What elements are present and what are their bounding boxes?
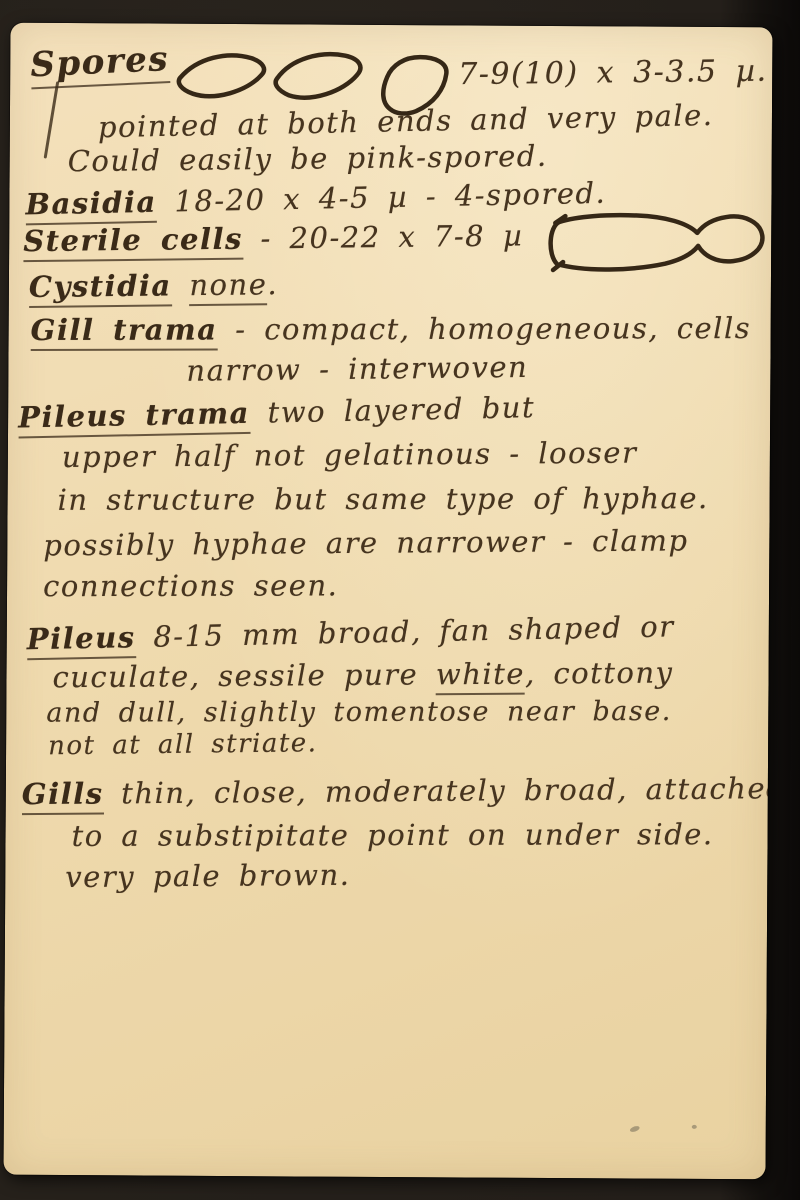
gills-heading-text: Gills [22, 776, 104, 815]
pileus-line: not at all striate. [48, 730, 318, 759]
spores-measurement: 7-9(10) x 3-3.5 µ. [458, 57, 768, 91]
pen-flourish [44, 81, 60, 158]
basidia-heading-text: Basidia [25, 185, 157, 226]
fusiform-spore-sketch-icon [175, 48, 270, 104]
pileus-trama-line: possibly hyphae are narrower - clamp [43, 526, 688, 560]
spores-note-line: Could easily be pink-spored. [68, 142, 548, 176]
pileus-trama-line: Pileus trama two layered but [18, 393, 535, 432]
spores-note-line: pointed at both ends and very pale. [98, 101, 714, 142]
gills-line: Gills thin, close, moderately broad, att… [22, 774, 773, 809]
gills-line: to a substipitate point on under side. [72, 820, 714, 851]
section-heading-spores: Spores [30, 42, 170, 82]
gill-trama-line: Gill trama - compact, homogeneous, cells [31, 314, 752, 345]
pileus-trama-heading-text: Pileus trama [18, 396, 250, 439]
pileus-line: Pileus 8-15 mm broad, fan shaped or [27, 612, 675, 654]
pileus-text: 8-15 mm broad, fan shaped or [153, 609, 675, 653]
photo-background: Spores 7-9(10) x 3-3.5 µ. pointed at bot… [0, 0, 800, 1200]
fusiform-spore-sketch-icon [273, 46, 365, 105]
cystidia-value: none [189, 267, 267, 306]
pencil-smudge [629, 1125, 640, 1133]
gills-text: thin, close, moderately broad, attached [121, 771, 772, 810]
pileus-text: , cottony [525, 655, 674, 690]
pileus-trama-line: connections seen. [43, 571, 338, 601]
basidia-line: Basidia 18-20 x 4-5 µ - 4-spored. [25, 179, 606, 220]
cystidia-heading-text: Cystidia [29, 268, 172, 308]
gill-trama-heading-text: Gill trama [31, 312, 218, 350]
pileus-text: cuculate, sessile pure [52, 657, 418, 694]
cystidia-period: . [267, 267, 278, 301]
gill-trama-line: narrow - interwoven [186, 353, 528, 386]
sterile-cell-sketch-icon [537, 210, 771, 281]
pileus-line: and dull, slightly tomentose near base. [46, 698, 672, 727]
pileus-trama-text: two layered but [267, 390, 535, 429]
pileus-line: cuculate, sessile pure white, cottony [52, 658, 673, 692]
sterile-cells-heading-text: Sterile cells [23, 222, 243, 262]
gills-line: very pale brown. [65, 861, 350, 892]
pencil-smudge [692, 1125, 697, 1129]
pileus-heading-text: Pileus [27, 620, 136, 660]
spores-heading-text: Spores [29, 39, 170, 89]
sterile-cells-line: Sterile cells - 20-22 x 7-8 µ [23, 221, 523, 256]
index-card: Spores 7-9(10) x 3-3.5 µ. pointed at bot… [3, 23, 772, 1180]
pileus-trama-line: upper half not gelatinous - looser [62, 439, 638, 473]
sterile-cells-measurement: - 20-22 x 7-8 µ [260, 218, 523, 255]
pileus-trama-line: in structure but same type of hyphae. [58, 484, 709, 515]
gill-trama-text: - compact, homogeneous, cells [235, 311, 751, 346]
pileus-underlined-word: white [436, 657, 525, 696]
cystidia-line: Cystidia none. [29, 270, 279, 302]
